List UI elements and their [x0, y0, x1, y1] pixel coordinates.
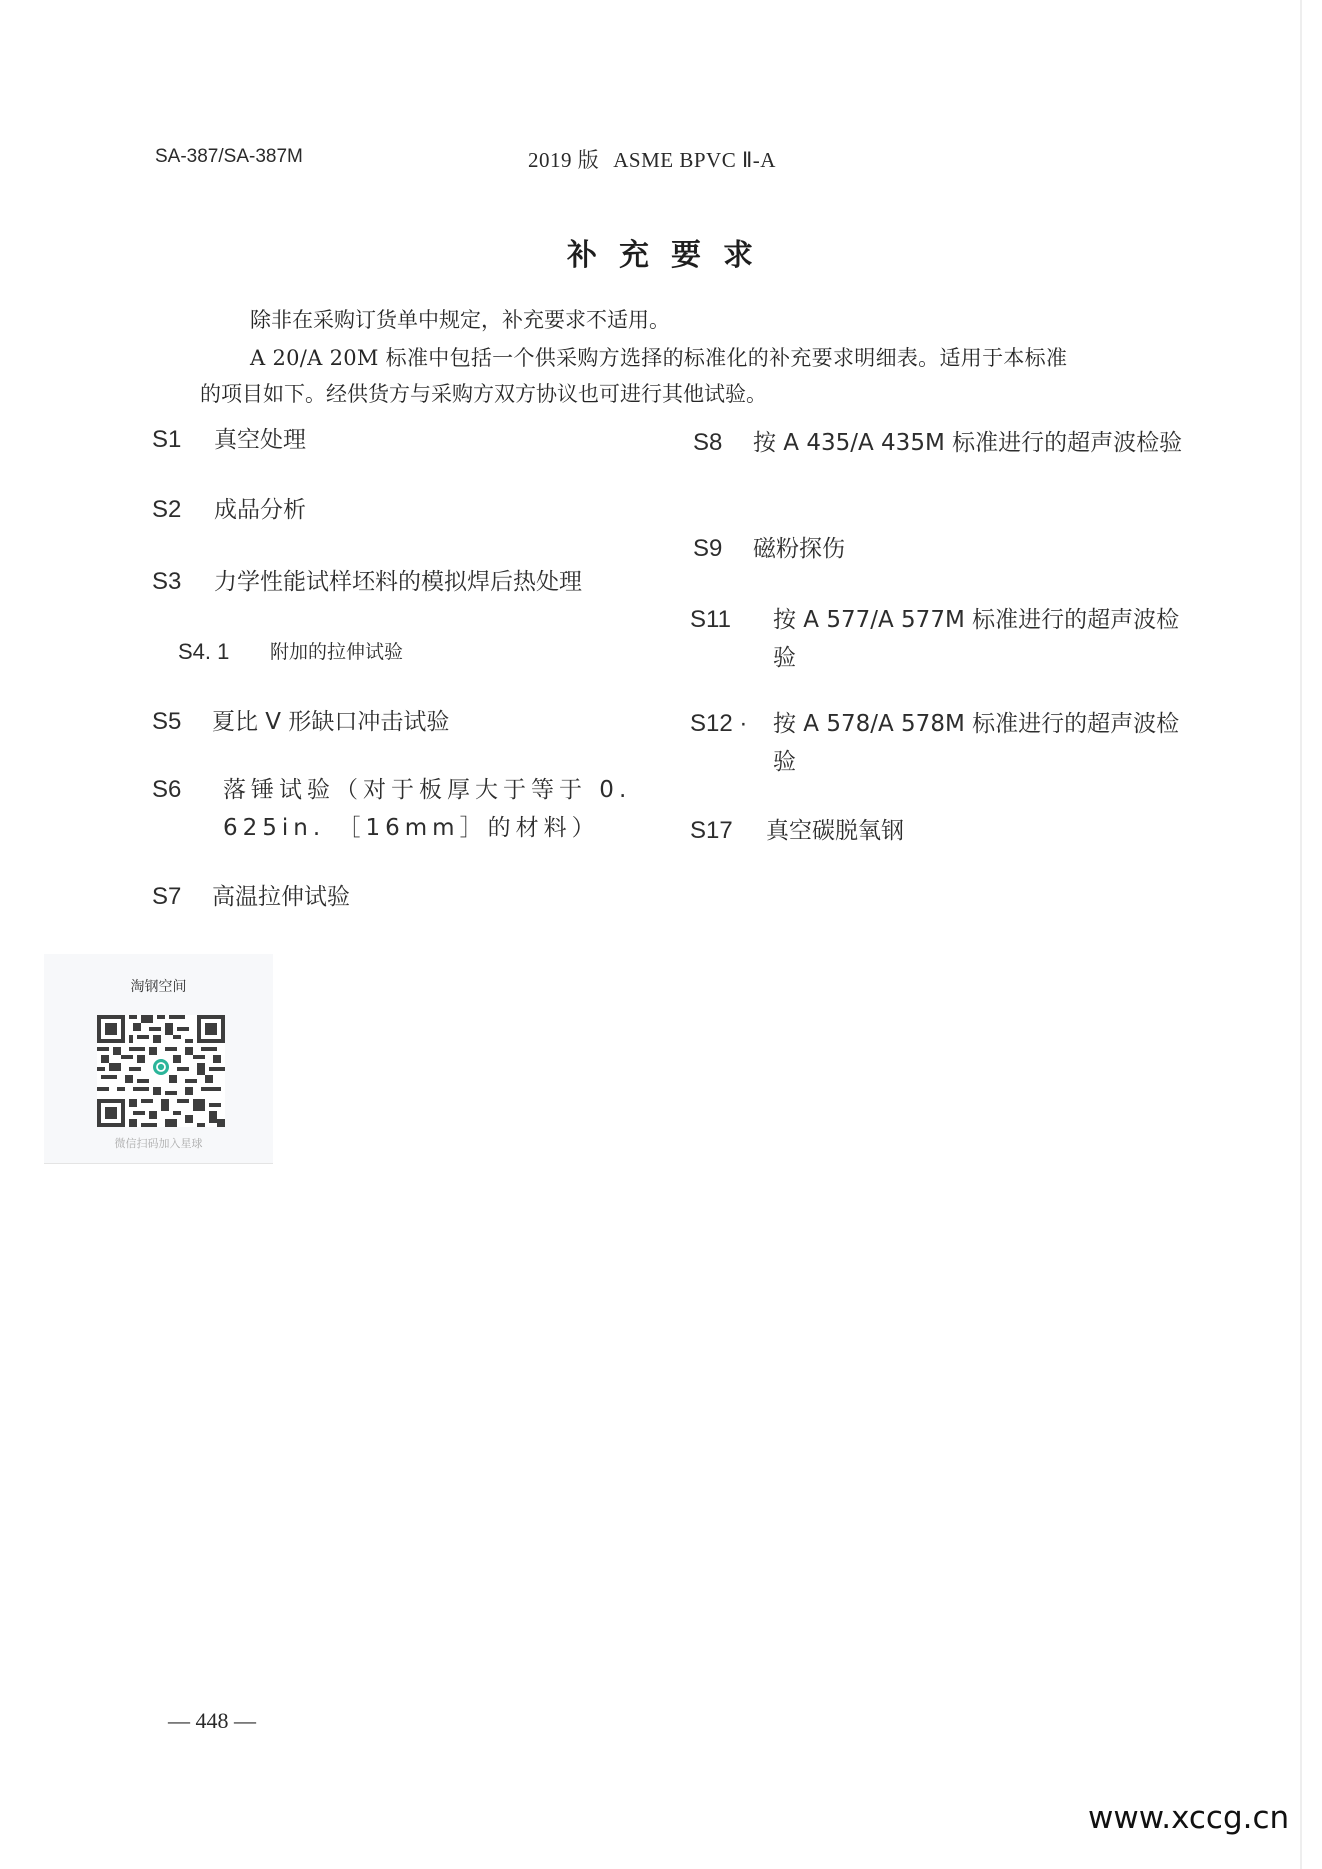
- page-number: — 448 —: [168, 1708, 256, 1734]
- requirement-text: 夏比 V 形缺口冲击试验: [212, 703, 449, 741]
- qr-panel: 淘钢空间: [44, 954, 273, 1164]
- requirement-item-s8: S8 按 A 435/A 435M 标准进行的超声波检验: [693, 424, 1193, 462]
- intro-line-1: 除非在采购订货单中规定，补充要求不适用。: [250, 302, 670, 338]
- requirement-code: S9: [693, 530, 753, 568]
- requirement-code: S11: [690, 601, 773, 639]
- requirement-text: 真空处理: [214, 421, 306, 459]
- requirement-item-s1: S1 真空处理: [152, 421, 306, 459]
- intro-line-2: A 20/A 20M 标准中包括一个供采购方选择的标准化的补充要求明细表。适用于…: [250, 340, 1067, 376]
- requirement-item-s7: S7 高温拉伸试验: [152, 878, 350, 916]
- requirement-text: 磁粉探伤: [753, 530, 845, 568]
- requirement-code: S7: [152, 878, 212, 916]
- header-code-name: ASME BPVC Ⅱ-A: [613, 148, 776, 172]
- requirement-code: S17: [690, 812, 766, 850]
- requirement-code: S8: [693, 424, 753, 462]
- requirement-text: 成品分析: [214, 491, 306, 529]
- qr-panel-title: 淘钢空间: [44, 976, 273, 996]
- requirement-text: 力学性能试样坯料的模拟焊后热处理: [214, 563, 582, 601]
- header-spec-code: SA-387/SA-387M: [155, 146, 303, 168]
- requirement-code: S1: [152, 421, 214, 459]
- qr-code-icon: [97, 1015, 225, 1127]
- requirement-text: 按 A 435/A 435M 标准进行的超声波检验: [753, 424, 1193, 462]
- header-edition: 2019 版ASME BPVC Ⅱ-A: [528, 144, 776, 174]
- requirement-item-s2: S2 成品分析: [152, 491, 306, 529]
- requirement-code: S4. 1: [178, 633, 270, 671]
- requirement-text: 真空碳脱氧钢: [766, 812, 904, 850]
- requirement-text: 高温拉伸试验: [212, 878, 350, 916]
- requirement-text: 落锤试验（对于板厚大于等于 0. 625in. ［16mm］的材料）: [223, 771, 653, 847]
- requirement-item-s17: S17 真空碳脱氧钢: [690, 812, 904, 850]
- requirement-code: S6: [152, 771, 223, 809]
- requirement-item-s4-1: S4. 1 附加的拉伸试验: [178, 633, 403, 671]
- requirement-item-s3: S3 力学性能试样坯料的模拟焊后热处理: [152, 563, 582, 601]
- requirement-item-s11: S11 按 A 577/A 577M 标准进行的超声波检验: [690, 601, 1183, 677]
- requirement-code: S3: [152, 563, 214, 601]
- requirement-text: 按 A 577/A 577M 标准进行的超声波检验: [773, 601, 1183, 677]
- requirement-item-s5: S5 夏比 V 形缺口冲击试验: [152, 703, 449, 741]
- requirement-item-s12: S12 · 按 A 578/A 578M 标准进行的超声波检验: [690, 705, 1183, 781]
- requirement-item-s6: S6 落锤试验（对于板厚大于等于 0. 625in. ［16mm］的材料）: [152, 771, 653, 847]
- intro-line-3: 的项目如下。经供货方与采购方双方协议也可进行其他试验。: [200, 376, 767, 412]
- requirement-text: 按 A 578/A 578M 标准进行的超声波检验: [773, 705, 1183, 781]
- page-edge: [1300, 0, 1302, 1869]
- qr-panel-caption: 微信扫码加入星球: [44, 1135, 273, 1151]
- requirement-code: S5: [152, 703, 212, 741]
- header-edition-year: 2019 版: [528, 148, 599, 172]
- watermark-url: www.xccg.cn: [1088, 1800, 1289, 1836]
- requirement-text: 附加的拉伸试验: [270, 633, 403, 671]
- requirement-code: S2: [152, 491, 214, 529]
- requirement-code: S12 ·: [690, 705, 773, 743]
- requirement-item-s9: S9 磁粉探伤: [693, 530, 845, 568]
- page-title: 补充要求: [0, 230, 1322, 274]
